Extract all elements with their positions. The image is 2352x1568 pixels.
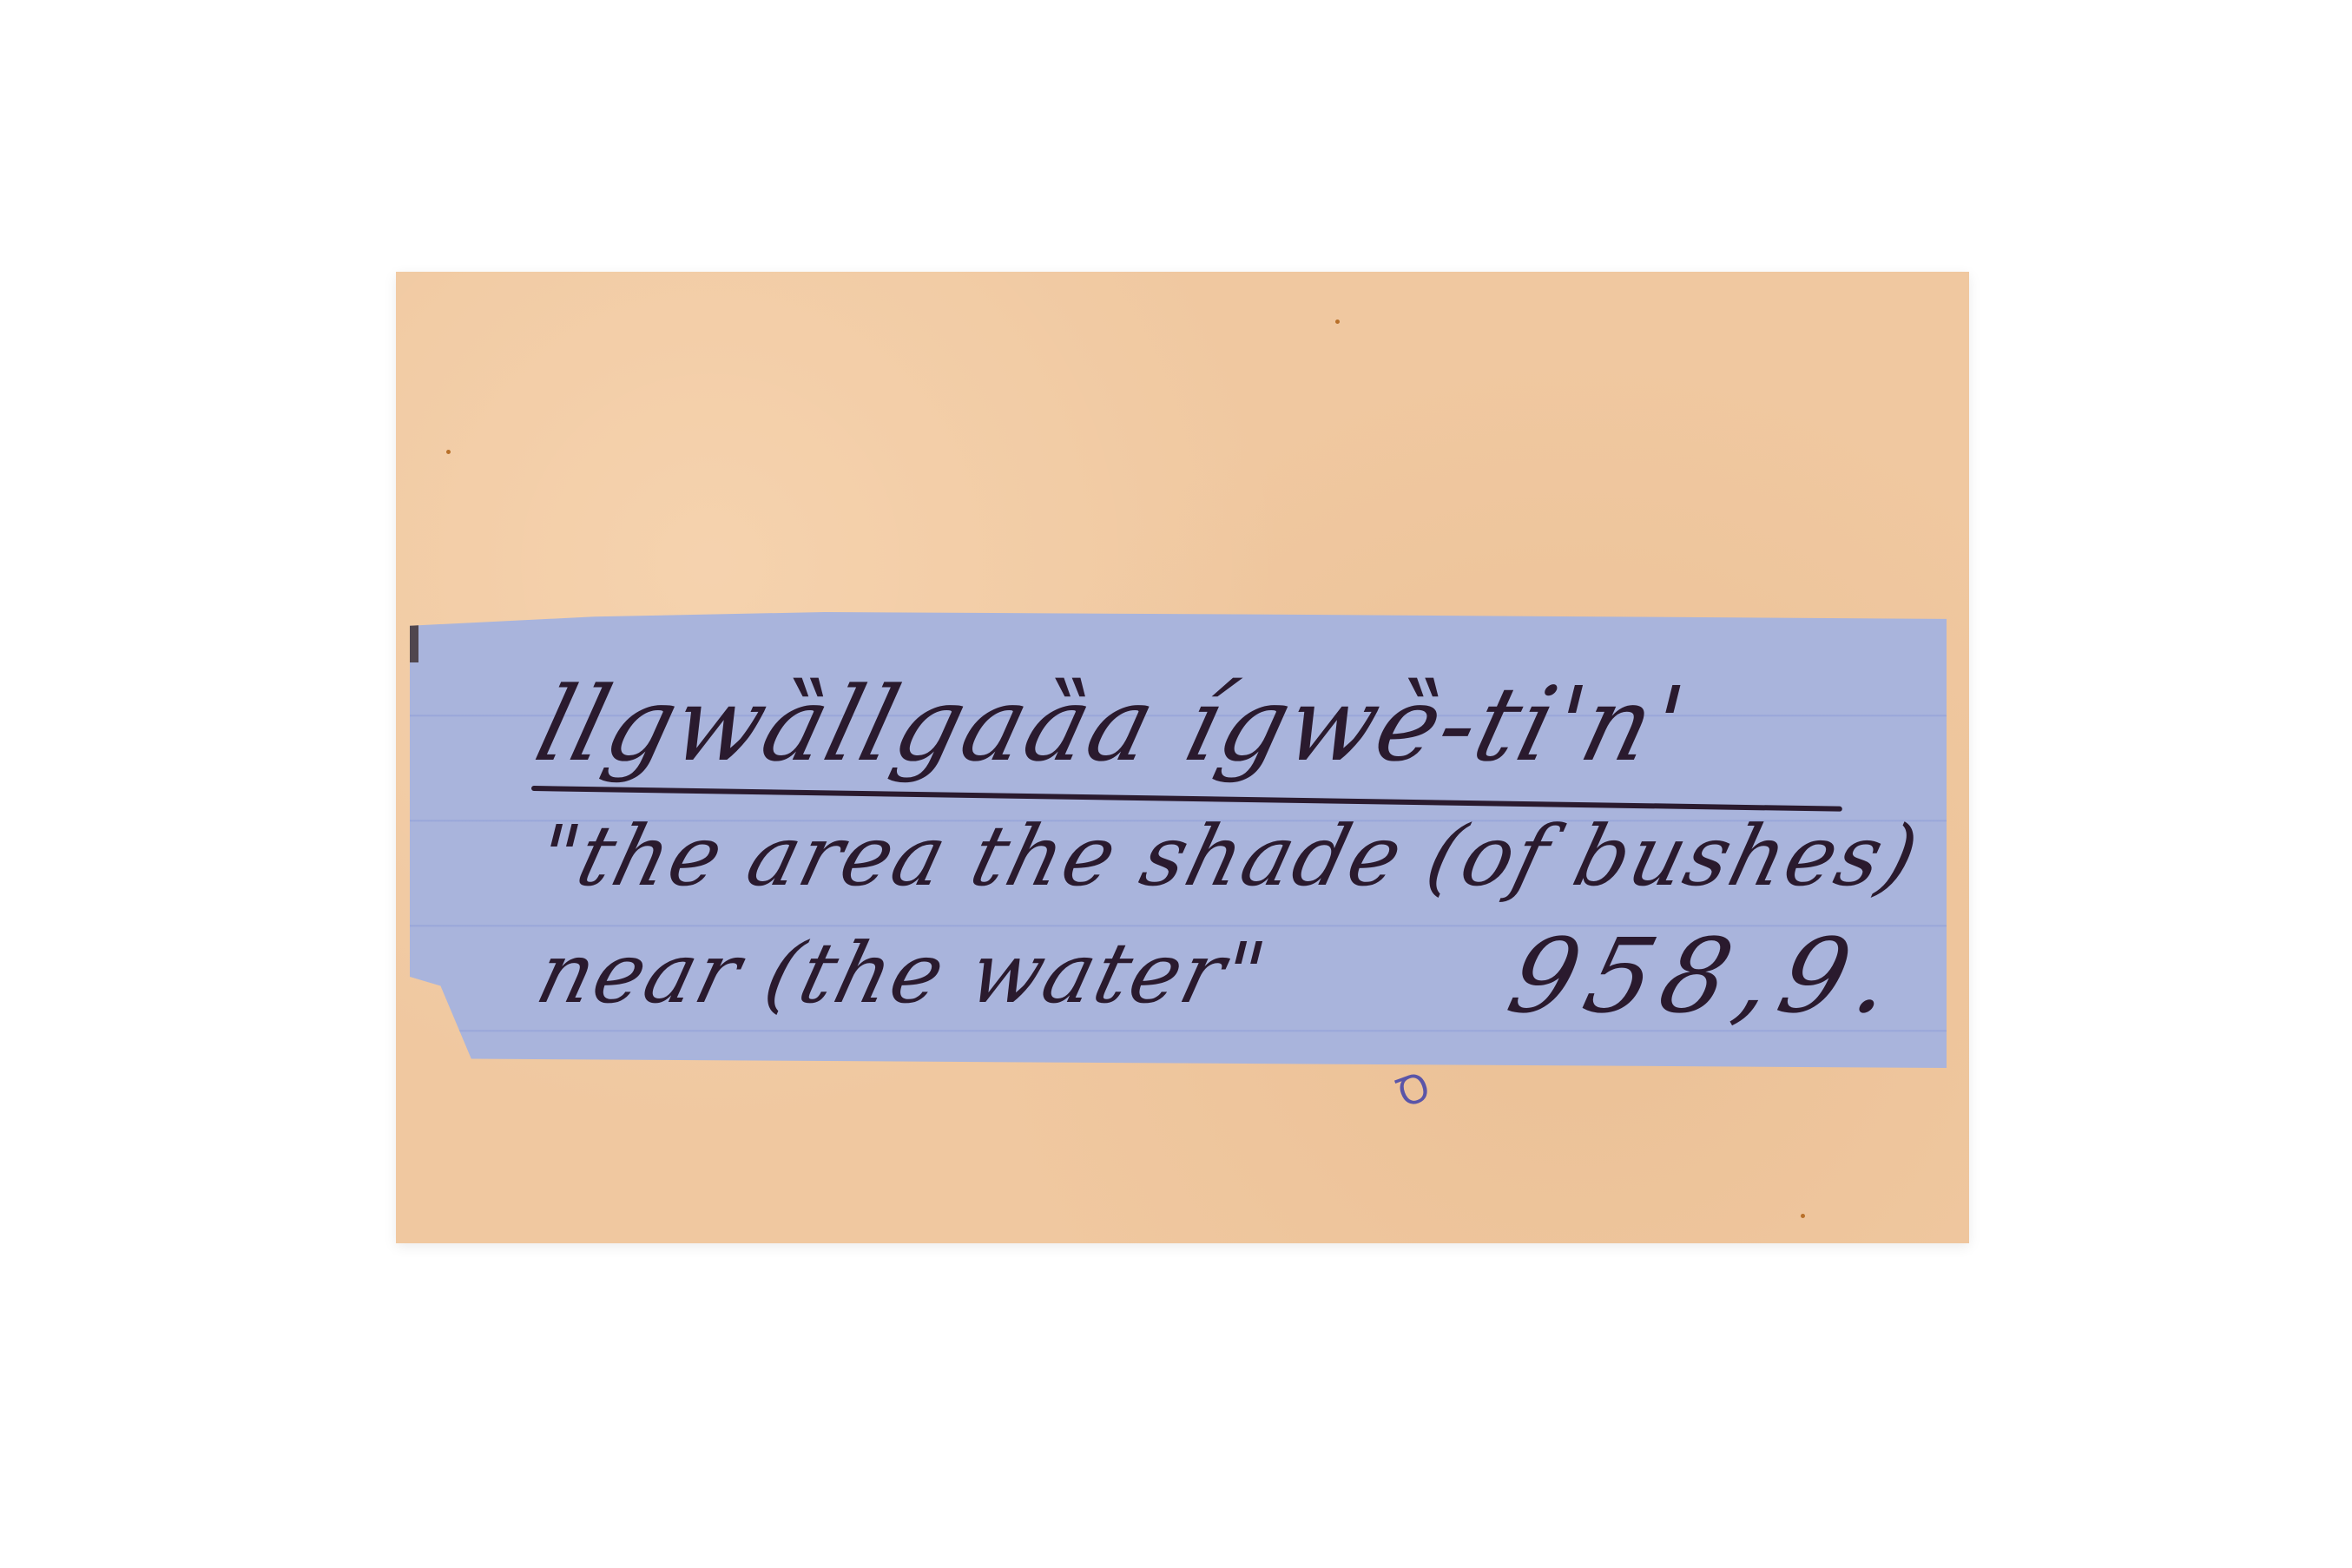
gloss-line-2: near (the water" <box>528 925 1276 1022</box>
reference-number: 958,9. <box>1498 916 1916 1036</box>
paper-speck <box>1335 320 1340 324</box>
scan-background: llgwȁllgaȁa ígwȅ-ti'n' "the area the sha… <box>0 0 2352 1568</box>
card-pencil-mark: Ꝺ <box>1389 1058 1437 1119</box>
slip-edge-stain <box>410 619 418 662</box>
gloss-line-1: "the area the shade (of bushes) <box>528 807 1929 905</box>
mounting-card: llgwȁllgaȁa ígwȅ-ti'n' "the area the sha… <box>396 272 1969 1243</box>
paper-speck <box>1801 1214 1805 1218</box>
paper-speck <box>446 450 451 454</box>
handwritten-slip: llgwȁllgaȁa ígwȅ-ti'n' "the area the sha… <box>410 612 1947 1068</box>
headword-line: llgwȁllgaȁa ígwȅ-ti'n' <box>525 664 1697 784</box>
